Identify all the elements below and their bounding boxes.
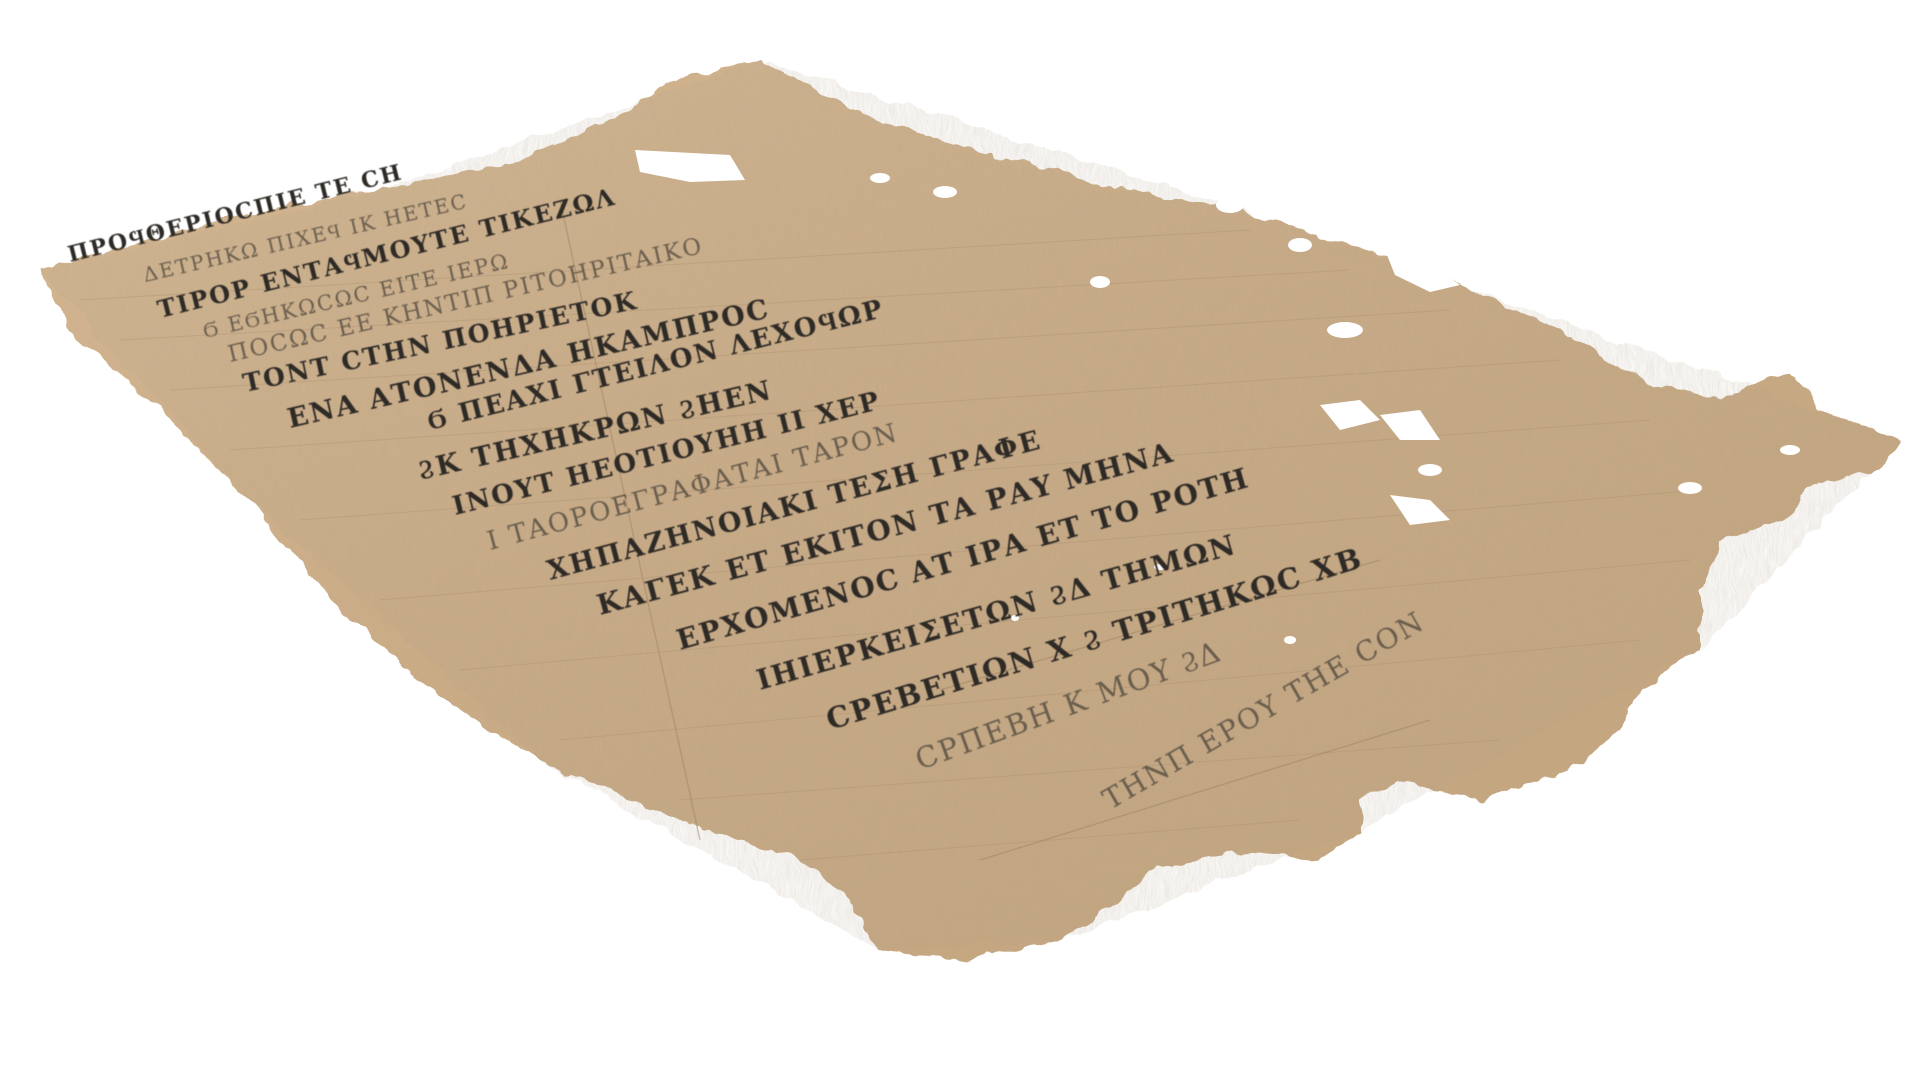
photo-scene: ΠΡΟϤΘΕΡΙΟϹΠΙΕ ΤΕ ϹΗ ΔΕΤΡΗΚΩ ΠΙΧΕϤ ΙΚ ΗΕΤ… <box>0 0 1920 1080</box>
papyrus-fragment: ΠΡΟϤΘΕΡΙΟϹΠΙΕ ΤΕ ϹΗ ΔΕΤΡΗΚΩ ΠΙΧΕϤ ΙΚ ΗΕΤ… <box>0 0 1920 1080</box>
